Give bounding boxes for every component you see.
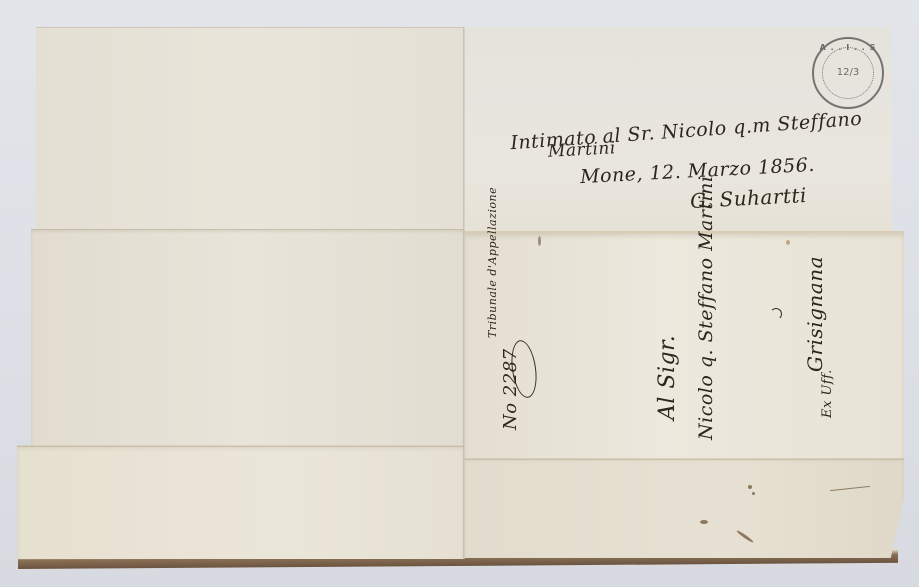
ink-stain: [700, 520, 708, 524]
photo-scene: A . . I . . S 12/3 Intimato al Sr. Nicol…: [0, 0, 919, 587]
flourish-mark: [770, 308, 782, 320]
vertical-fold-line: [463, 27, 465, 559]
horizontal-fold-line-left-upper: [31, 229, 464, 230]
reference-note: Tribunale d'Appellazione: [486, 187, 499, 338]
letter-panel-left-middle: [31, 229, 464, 447]
address-code: Ex Uff.: [820, 369, 835, 418]
letter-panel-right-middle: [464, 233, 904, 459]
postmark-top-text: A . . I . . S: [814, 43, 882, 52]
postmark-stamp: A . . I . . S 12/3: [812, 37, 884, 109]
ink-stain: [748, 485, 752, 489]
letter-panel-right-bottom: [464, 458, 904, 558]
address-salutation: Al Sigr.: [655, 335, 680, 420]
postmark-date: 12/3: [814, 67, 882, 78]
docket-line-2: Martini: [548, 138, 617, 162]
address-recipient: Nicolo q. Steffano Martini: [695, 176, 717, 440]
ink-stain: [538, 236, 541, 246]
horizontal-fold-line-left-lower: [17, 446, 464, 447]
letter-panel-left-bottom: [17, 445, 464, 559]
horizontal-fold-line-right-lower: [464, 459, 904, 460]
rust-spot: [786, 240, 790, 245]
address-destination: Grisignana: [803, 256, 827, 372]
ink-stain: [752, 492, 755, 495]
letter-panel-left-top: [36, 27, 464, 232]
